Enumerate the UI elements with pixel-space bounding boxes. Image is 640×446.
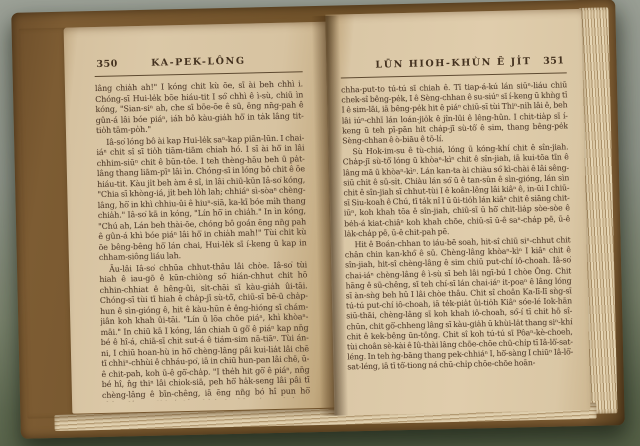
paragraph: Āu-lâi Iâ-so͘ chhūa chhut-thâu lâi chòe.…: [99, 260, 310, 402]
left-running-header: KA-PEK-LÔNG: [94, 54, 302, 70]
paragraph: Sù Hok-im-su ê tù-chiá, lóng ū kóng-khí …: [342, 143, 570, 240]
right-page: LŪN HIOH-KHÙN Ê JI̍T 351 chha-put-to tú-…: [325, 9, 590, 416]
photo-background: 350 KA-PEK-LÔNG lâng chia̍h ah!" I kóng …: [0, 0, 640, 446]
paragraph: Hit ê Boán-chhan to iáu-bē soah, hit-sî …: [344, 235, 573, 373]
left-page-content: 350 KA-PEK-LÔNG lâng chia̍h ah!" I kóng …: [64, 22, 335, 414]
paragraph: chha-put-to tú-tú sī chiah ê. Tī tiap-á-…: [341, 80, 568, 146]
left-page: 350 KA-PEK-LÔNG lâng chia̍h ah!" I kóng …: [64, 22, 335, 414]
right-body-text: chha-put-to tú-tú sī chiah ê. Tī tiap-á-…: [341, 80, 574, 415]
right-running-header: LŪN HIOH-KHÙN Ê JI̍T: [340, 55, 566, 71]
left-body-text: lâng chia̍h ah!" I kóng chit kù ōe, sī à…: [95, 79, 310, 402]
right-page-content: LŪN HIOH-KHÙN Ê JI̍T 351 chha-put-to tú-…: [325, 9, 590, 416]
paragraph: Iâ-so͘ lóng bô ài kap Hui-le̍k saⁿ-kap p…: [96, 133, 307, 264]
right-page-number: 351: [543, 55, 565, 66]
paragraph: lâng chia̍h ah!" I kóng chit kù ōe, sī à…: [95, 79, 304, 136]
open-book: 350 KA-PEK-LÔNG lâng chia̍h ah!" I kóng …: [11, 0, 625, 439]
